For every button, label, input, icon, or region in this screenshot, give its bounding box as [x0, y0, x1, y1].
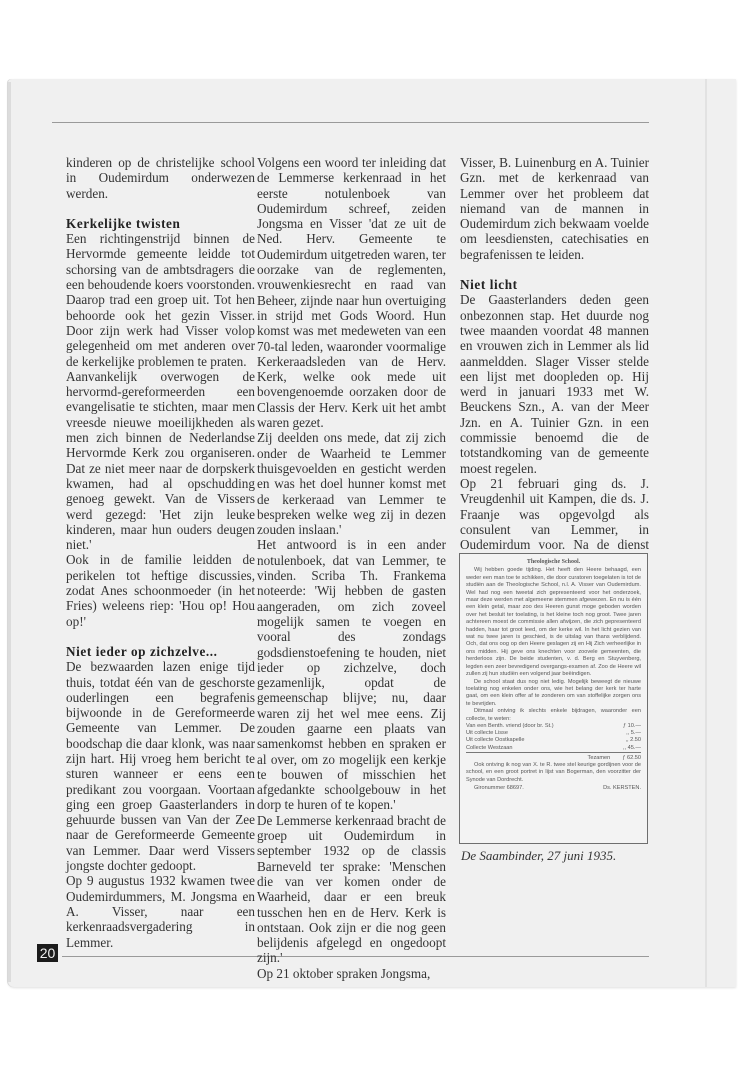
total-row: Tezamenƒ 62.50 [466, 752, 641, 762]
body-paragraph: kinderen op de christelijke school in Ou… [66, 155, 255, 201]
body-paragraph: De bezwaarden lazen enige tijd thuis, to… [66, 659, 255, 873]
body-paragraph: Volgens een woord ter inleiding dat de L… [257, 155, 446, 430]
section-heading: Niet licht [460, 277, 649, 292]
body-paragraph: Aanvankelijk overwogen de hervormd-geref… [66, 369, 255, 553]
contribution-amount: ,, 45.— [610, 745, 641, 753]
signature: Ds. KERSTEN. [603, 785, 641, 792]
page-crease [705, 79, 707, 987]
page-edge [8, 82, 11, 982]
body-paragraph: Op 9 augustus 1932 kwamen twee Oudemirdu… [66, 873, 255, 949]
contribution-label: Collecte Westzaan [466, 745, 610, 753]
contribution-amount: ,, 5.— [610, 730, 641, 737]
contribution-label: Van een Benth. vriend (door br. St.) [466, 723, 610, 730]
clipping-title: Theologische School. [466, 559, 641, 566]
clipping-paragraph: Ditmaal ontving ik slechts enkele bijdra… [466, 708, 641, 723]
clipping-paragraph: De school staat dus nog niet ledig. Moge… [466, 679, 641, 709]
contributions-table: Van een Benth. vriend (door br. St.)ƒ 10… [466, 723, 641, 762]
body-paragraph: Visser, B. Luinenburg en A. Tuinier Gzn.… [460, 155, 649, 262]
contribution-row: Collecte Westzaan,, 45.— [466, 745, 641, 753]
clipping-signature-line: Gironummer 68697. Ds. KERSTEN. [466, 785, 641, 792]
column-3: Visser, B. Luinenburg en A. Tuinier Gzn.… [460, 155, 649, 568]
contribution-row: Uit collecte Oostkapelle,, 2.50 [466, 737, 641, 744]
contribution-row: Van een Benth. vriend (door br. St.)ƒ 10… [466, 723, 641, 730]
body-paragraph: Ook in de familie leidden de perikelen t… [66, 552, 255, 628]
total-amount: ƒ 62.50 [610, 752, 641, 762]
contribution-row: Uit collecte Lisse,, 5.— [466, 730, 641, 737]
body-paragraph: Een richtingenstrijd binnen de Hervormde… [66, 231, 255, 369]
clipping-paragraph: Wij hebben goede tijding. Het heeft den … [466, 567, 641, 678]
total-label: Tezamen [466, 752, 610, 762]
body-paragraph: De Gaasterlanders deden geen onbezonnen … [460, 292, 649, 476]
clipping-caption: De Saambinder, 27 juni 1935. [461, 848, 616, 864]
section-heading: Niet ieder op zichzelve... [66, 644, 255, 659]
section-heading: Kerkelijke twisten [66, 216, 255, 231]
contribution-label: Uit collecte Oostkapelle [466, 737, 610, 744]
top-rule [52, 122, 649, 123]
column-1: kinderen op de christelijke school in Ou… [66, 155, 255, 950]
contribution-amount: ,, 2.50 [610, 737, 641, 744]
clipping-closing: Ook ontving ik nog van X. te R. twee ste… [466, 762, 641, 784]
newspaper-clipping: Theologische School. Wij hebben goede ti… [459, 553, 648, 844]
body-paragraph: Op 21 oktober spraken Jongsma, [257, 966, 446, 981]
body-paragraph: Zij deelden ons mede, dat zij zich onder… [257, 430, 446, 537]
body-paragraph: De Lemmerse kerkenraad bracht de groep u… [257, 813, 446, 966]
contribution-amount: ƒ 10.— [610, 723, 641, 730]
giro-number: Gironummer 68697. [474, 785, 524, 792]
page-number: 20 [37, 944, 58, 962]
body-paragraph: Het antwoord is in een ander notulenboek… [257, 537, 446, 812]
column-2: Volgens een woord ter inleiding dat de L… [257, 155, 446, 981]
contribution-label: Uit collecte Lisse [466, 730, 610, 737]
